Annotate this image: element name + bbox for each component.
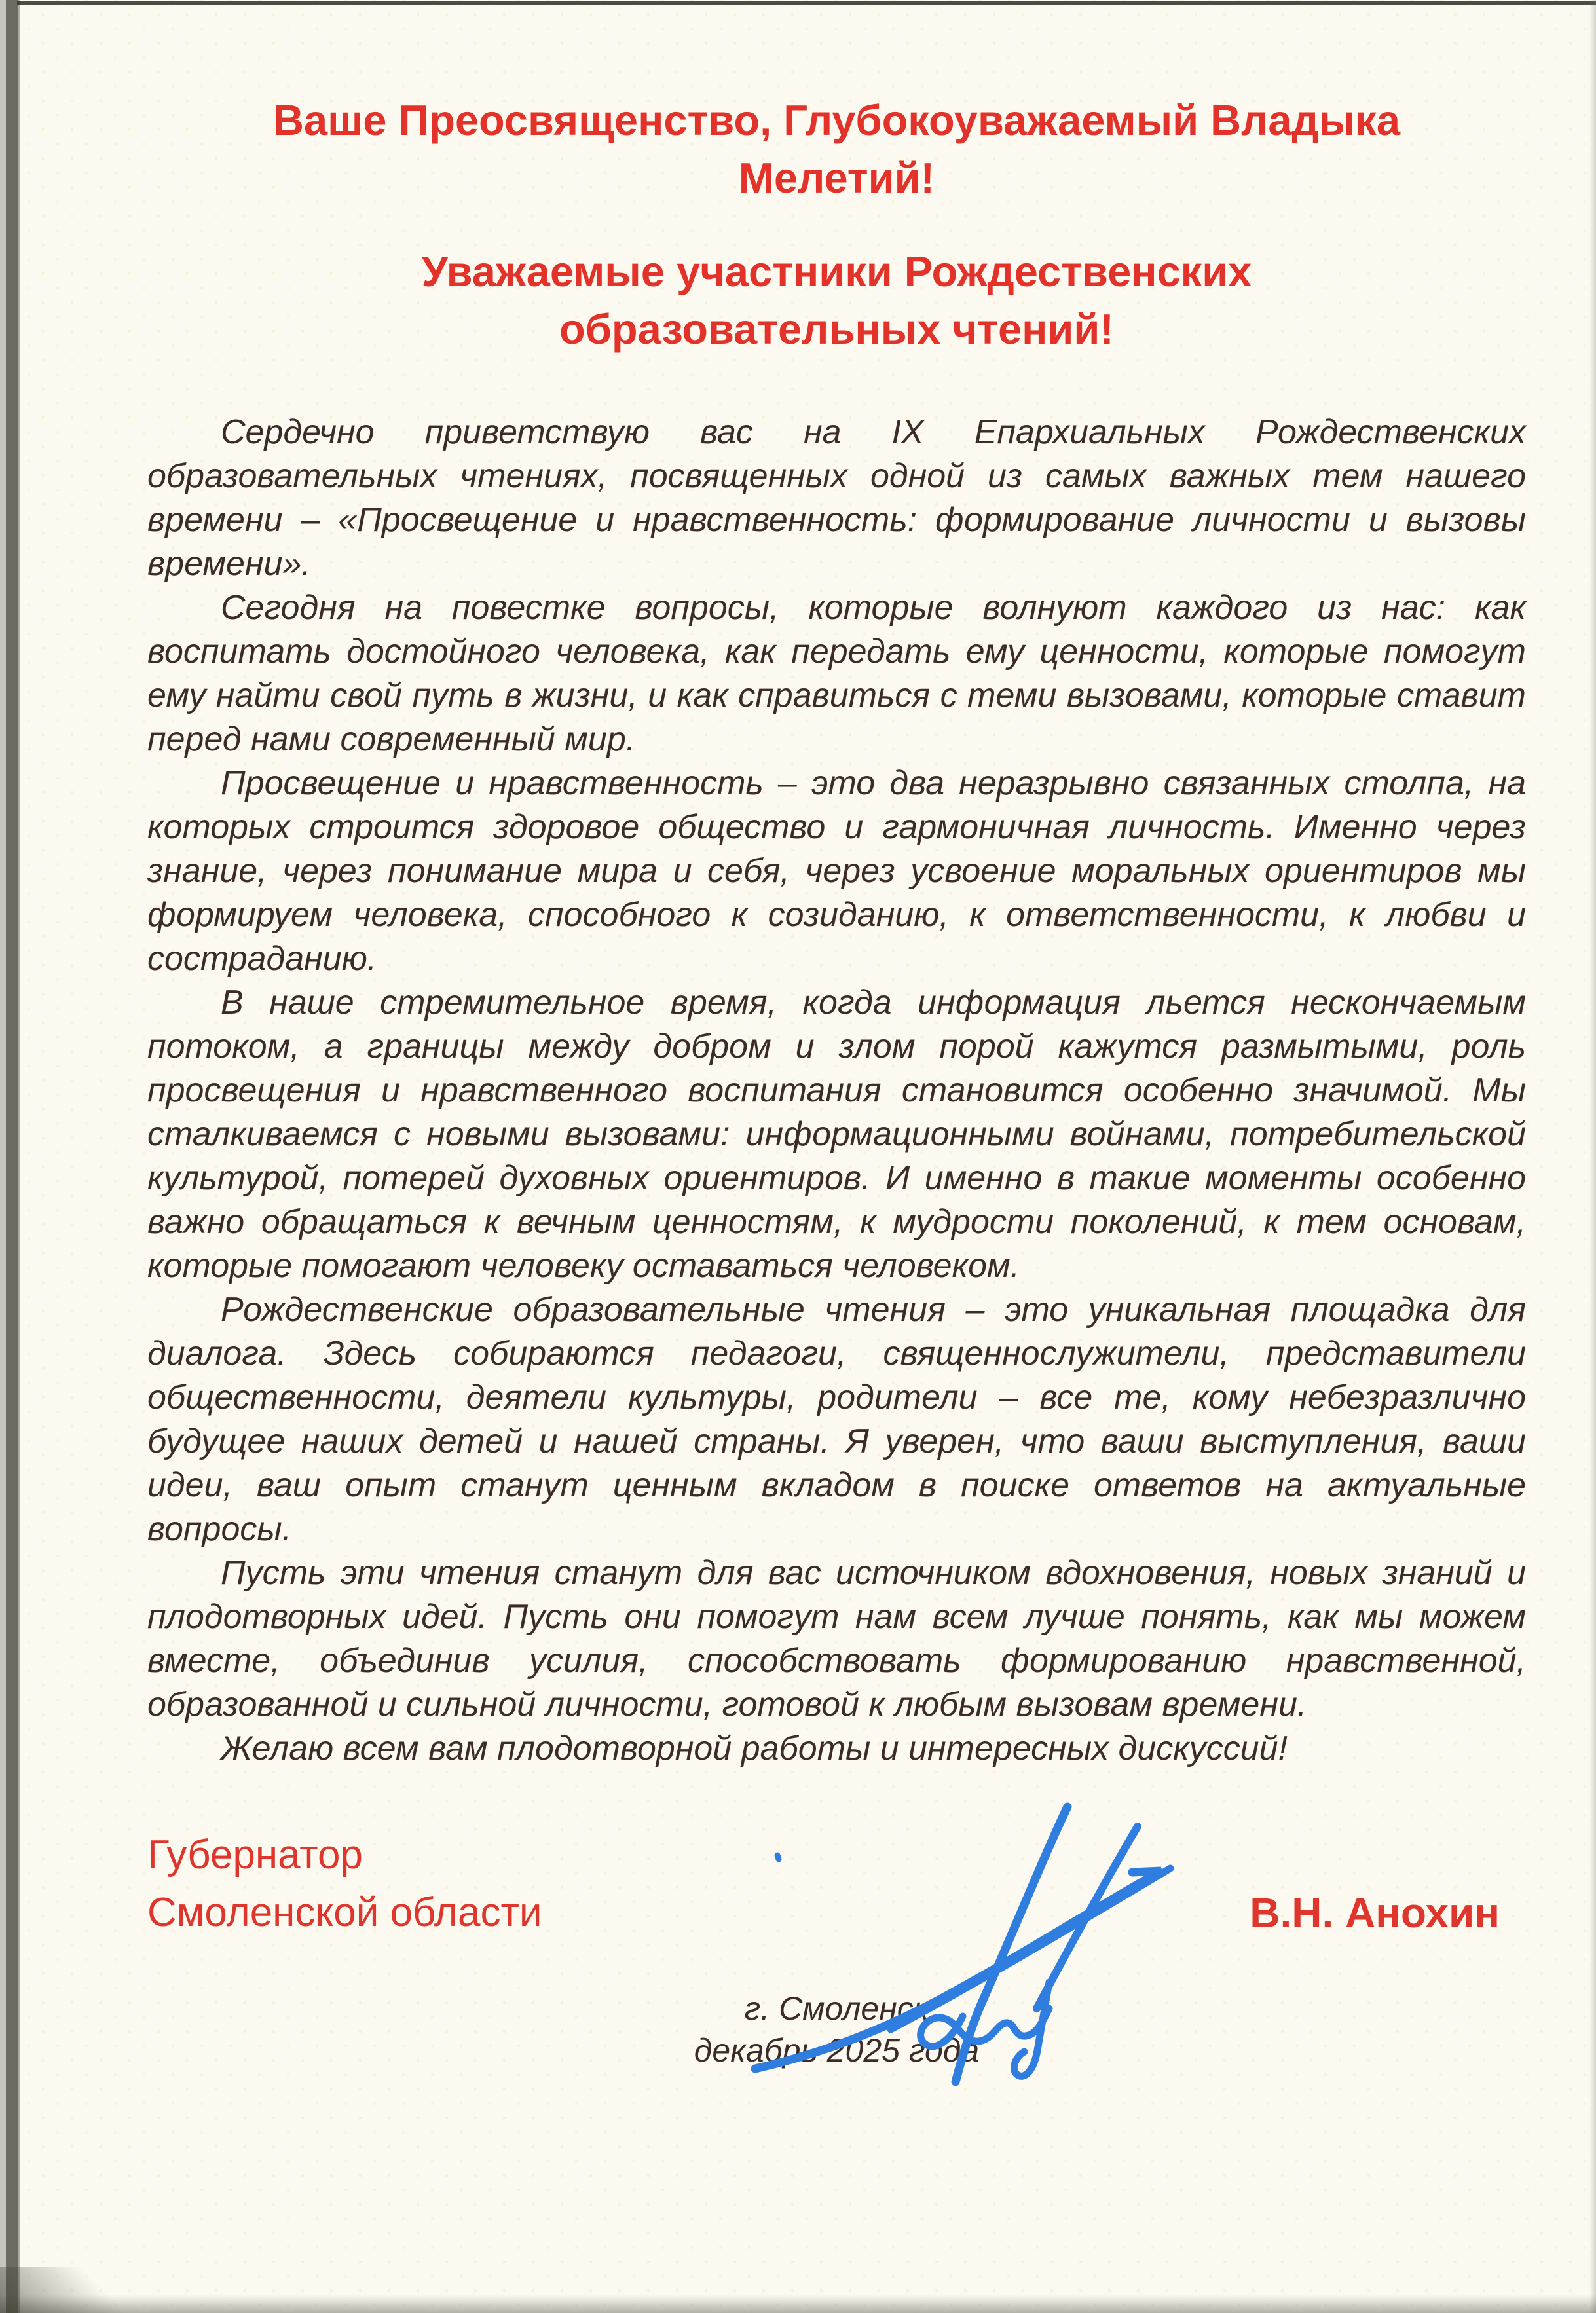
paragraph-2: Сегодня на повестке вопросы, которые вол… <box>147 586 1526 762</box>
signer-position-line-1: Губернатор <box>147 1826 542 1884</box>
salutation-heading-2: Уважаемые участники Рождественских образ… <box>147 243 1526 358</box>
scan-corner-shadow <box>0 2267 157 2313</box>
signer-position: Губернатор Смоленской области <box>147 1826 542 1942</box>
scan-edge-bottom <box>0 2295 1596 2313</box>
letter-body: Сердечно приветствую вас на IX Епархиаль… <box>147 411 1526 1771</box>
signature-block: Губернатор Смоленской области <box>147 1826 1526 1942</box>
salutation-heading-1-line-1: Ваше Преосвященство, Глубокоуважаемый Вл… <box>147 92 1526 149</box>
signer-position-line-2: Смоленской области <box>147 1884 542 1942</box>
signer-name: В.Н. Анохин <box>1250 1884 1500 1942</box>
scan-edge-left <box>0 0 22 2313</box>
paragraph-4: В наше стремительное время, когда информ… <box>147 981 1526 1288</box>
footer-city: г. Смоленск <box>147 1988 1526 2029</box>
paragraph-7: Желаю всем вам плодотворной работы и инт… <box>147 1727 1526 1771</box>
salutation-heading-2-line-1: Уважаемые участники Рождественских <box>147 243 1526 301</box>
scan-edge-right <box>1589 0 1596 2313</box>
paragraph-5: Рождественские образовательные чтения – … <box>147 1288 1526 1551</box>
letter-content: Ваше Преосвященство, Глубокоуважаемый Вл… <box>147 92 1526 2071</box>
salutation-heading-1: Ваше Преосвященство, Глубокоуважаемый Вл… <box>147 92 1526 207</box>
letter-footer: г. Смоленск декабрь 2025 года <box>147 1988 1526 2071</box>
letter-page: Ваше Преосвященство, Глубокоуважаемый Вл… <box>0 0 1596 2313</box>
paragraph-6: Пусть эти чтения станут для вас источник… <box>147 1551 1526 1727</box>
scan-edge-top <box>17 1 1596 5</box>
footer-date: декабрь 2025 года <box>147 2029 1526 2071</box>
paragraph-3: Просвещение и нравственность – это два н… <box>147 762 1526 981</box>
salutation-heading-2-line-2: образовательных чтений! <box>147 301 1526 358</box>
salutation-heading-1-line-2: Мелетий! <box>147 149 1526 207</box>
paragraph-1: Сердечно приветствую вас на IX Епархиаль… <box>147 411 1526 586</box>
